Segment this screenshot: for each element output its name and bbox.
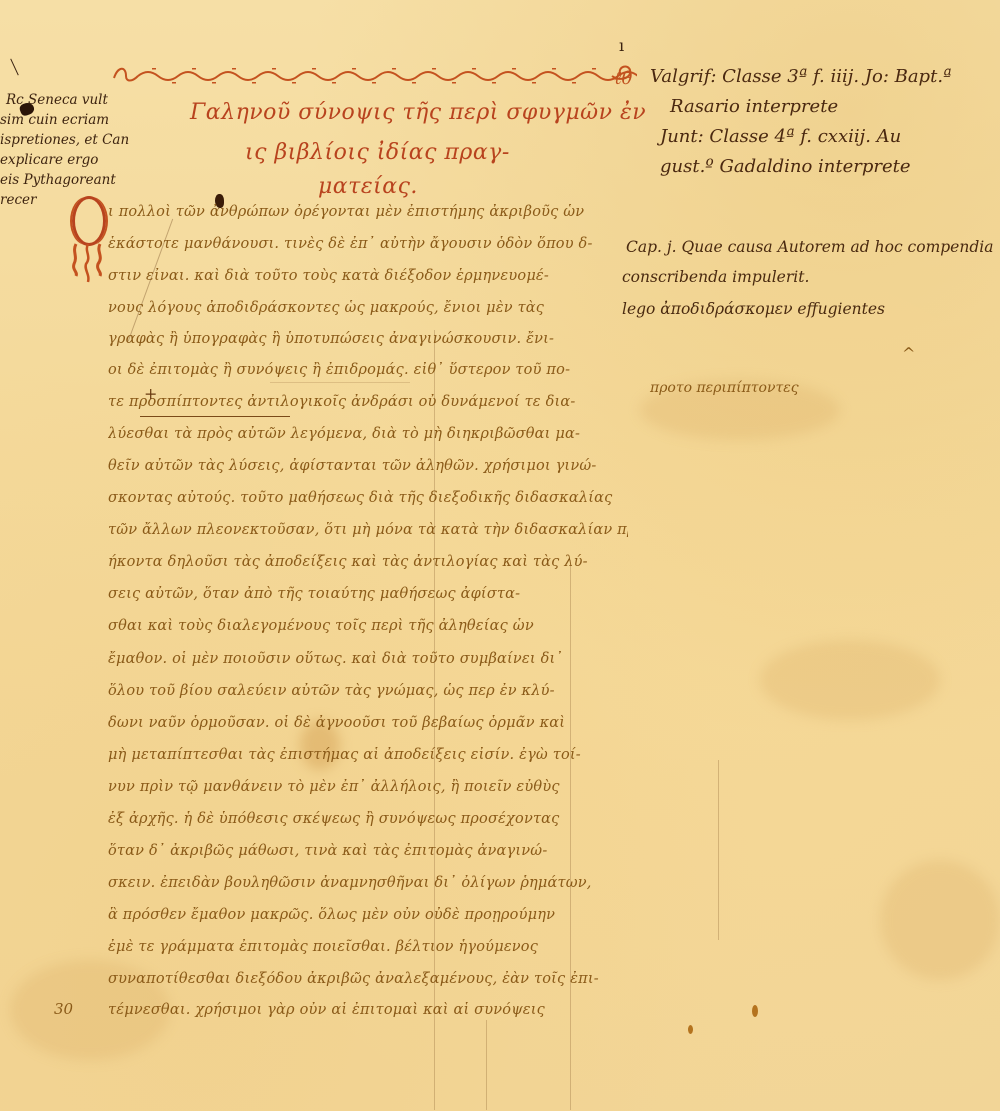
- manuscript-page: ı Γαληνοῦ σύνοψις τῆς περὶ σφυγμῶν ἐν ις…: [0, 0, 1000, 1111]
- body-line: συναποτίθεσθαι διεξόδου ἀκριβῶς ἀναλεξαμ…: [108, 971, 628, 987]
- ruling-line: [270, 382, 410, 383]
- initial-flourish: [68, 242, 112, 284]
- body-line: σκειν. ἐπειδὰν βουληθῶσιν ἀναμνησθῆναι δ…: [108, 875, 628, 891]
- body-line: μὴ μεταπίπτεσθαι τὰς ἐπιστήμας αἱ ἀποδεί…: [108, 747, 628, 763]
- pen-stroke: [10, 59, 19, 76]
- right-note-line: gust.º Gadaldino interprete: [660, 156, 911, 177]
- ruling-line: [570, 560, 571, 1110]
- body-line: ἃ πρόσθεν ἔμαθον μακρῶς. ὅλως μὲν οὖν οὐ…: [108, 907, 628, 923]
- left-note-line: ispretiones, et Can: [0, 132, 129, 148]
- body-line: ἐμὲ τε γράμματα ἐπιτομὰς ποιεῖσθαι. βέλτ…: [108, 939, 628, 955]
- body-line: ὅταν δ᾽ ἀκριβῶς μάθωσι, τινὰ καὶ τὰς ἐπι…: [108, 843, 628, 859]
- body-line: σκοντας αὐτούς. τοῦτο μαθήσεως διὰ τῆς δ…: [108, 490, 628, 506]
- right-note-line: Valgrif: Classe 3ª f. iiij. Jo: Bapt.ª: [650, 66, 952, 87]
- chapter-caption-line: Cap. j. Quae causa Autorem ad hoc compen…: [626, 238, 993, 256]
- body-line: τῶν ἄλλων πλεονεκτοῦσαν, ὅτι μὴ μόνα τὰ …: [108, 522, 628, 538]
- title-line-2: ις βιβλίοις ἰδίας πραγ-: [245, 140, 510, 165]
- stain: [880, 860, 1000, 980]
- left-note-line: Rc Seneca vult: [6, 92, 108, 108]
- stain: [760, 640, 940, 720]
- left-note-line: recer: [0, 192, 36, 208]
- body-line: θεῖν αὐτῶν τὰς λύσεις, ἀφίστανται τῶν ἀλ…: [108, 458, 628, 474]
- ruling-line: [486, 1020, 487, 1110]
- caret-mark: ^: [902, 344, 915, 363]
- body-line: ἔμαθον. οἱ μὲν ποιοῦσιν οὕτως. καὶ διὰ τ…: [108, 651, 628, 667]
- left-note-line: explicare ergo: [0, 152, 98, 168]
- body-line: σεις αὐτῶν, ὅταν ἀπὸ τῆς τοιαύτης μαθήσε…: [108, 586, 628, 602]
- margin-reference-marker: ℓθ: [614, 68, 632, 89]
- body-line: ὅλου τοῦ βίου σαλεύειν αὐτῶν τὰς γνώμας,…: [108, 683, 628, 699]
- line-number: 30: [54, 1000, 73, 1018]
- body-line: ι πολλοὶ τῶν ἀνθρώπων ὀρέγονται μὲν ἐπισ…: [108, 204, 628, 220]
- body-line: τε προσπίπτοντες ἀντιλογικοῖς ἀνδράσι οὐ…: [108, 394, 628, 410]
- body-line: στιν εἶναι. καὶ διὰ τοῦτο τοὺς κατὰ διέξ…: [108, 268, 628, 284]
- right-note-line: Rasario interprete: [670, 96, 838, 117]
- margin-greek-correction: προτο περιπίπτοντες: [650, 380, 799, 396]
- right-note-line: Junt: Classe 4ª f. cxxiij. Au: [660, 126, 901, 147]
- folio-mark: ı: [619, 36, 624, 55]
- body-line: νους λόγους ἀποδιδράσκοντες ὡς μακρούς, …: [108, 300, 628, 316]
- body-line: λύεσθαι τὰ πρὸς αὐτῶν λεγόμενα, διὰ τὸ μ…: [108, 426, 628, 442]
- ruling-line: [718, 760, 719, 940]
- body-line: ήκοντα δηλοῦσι τὰς ἀποδείξεις καὶ τὰς ἀν…: [108, 554, 628, 570]
- chapter-caption-line: lego ἀποδιδράσκομεν effugientes: [622, 300, 885, 318]
- body-line: ἑκάστοτε μανθάνουσι. τινὲς δὲ ἐπ᾽ αὐτὴν …: [108, 236, 628, 252]
- body-line: οι δὲ ἐπιτομὰς ἢ συνόψεις ἢ ἐπιδρομάς. ε…: [108, 362, 628, 378]
- body-line: ἐξ ἀρχῆς. ἡ δὲ ὑπόθεσις σκέψεως ἢ συνόψε…: [108, 811, 628, 827]
- insertion-cross-mark: +: [144, 384, 157, 403]
- chapter-caption-line: conscribenda impulerit.: [622, 268, 809, 286]
- ink-spot: [752, 1005, 758, 1017]
- title-line-3: ματείας.: [318, 174, 418, 199]
- underline-mark: [140, 416, 290, 417]
- body-line: γραφὰς ἢ ὑπογραφὰς ἢ ὑποτυπώσεις ἀναγινώ…: [108, 331, 628, 347]
- ink-spot: [688, 1025, 693, 1034]
- body-line: σθαι καὶ τοὺς διαλεγομένους τοῖς περὶ τῆ…: [108, 618, 628, 634]
- title-line-1: Γαληνοῦ σύνοψις τῆς περὶ σφυγμῶν ἐν: [190, 100, 646, 125]
- left-note-line: eis Pythagoreant: [0, 172, 116, 188]
- initial-letter: [72, 196, 106, 246]
- decorative-wavy-border: [112, 62, 637, 88]
- body-line: νυν πρὶν τῷ μανθάνειν τὸ μὲν ἐπ᾽ ἀλλήλοι…: [108, 779, 628, 795]
- left-note-line: sim cuin ecriam: [0, 112, 109, 128]
- body-line: δωνι ναῦν ὁρμοῦσαν. οἱ δὲ ἀγνοοῦσι τοῦ β…: [108, 715, 628, 731]
- body-line: τέμνεσθαι. χρήσιμοι γὰρ οὖν αἱ ἐπιτομαὶ …: [108, 1002, 628, 1018]
